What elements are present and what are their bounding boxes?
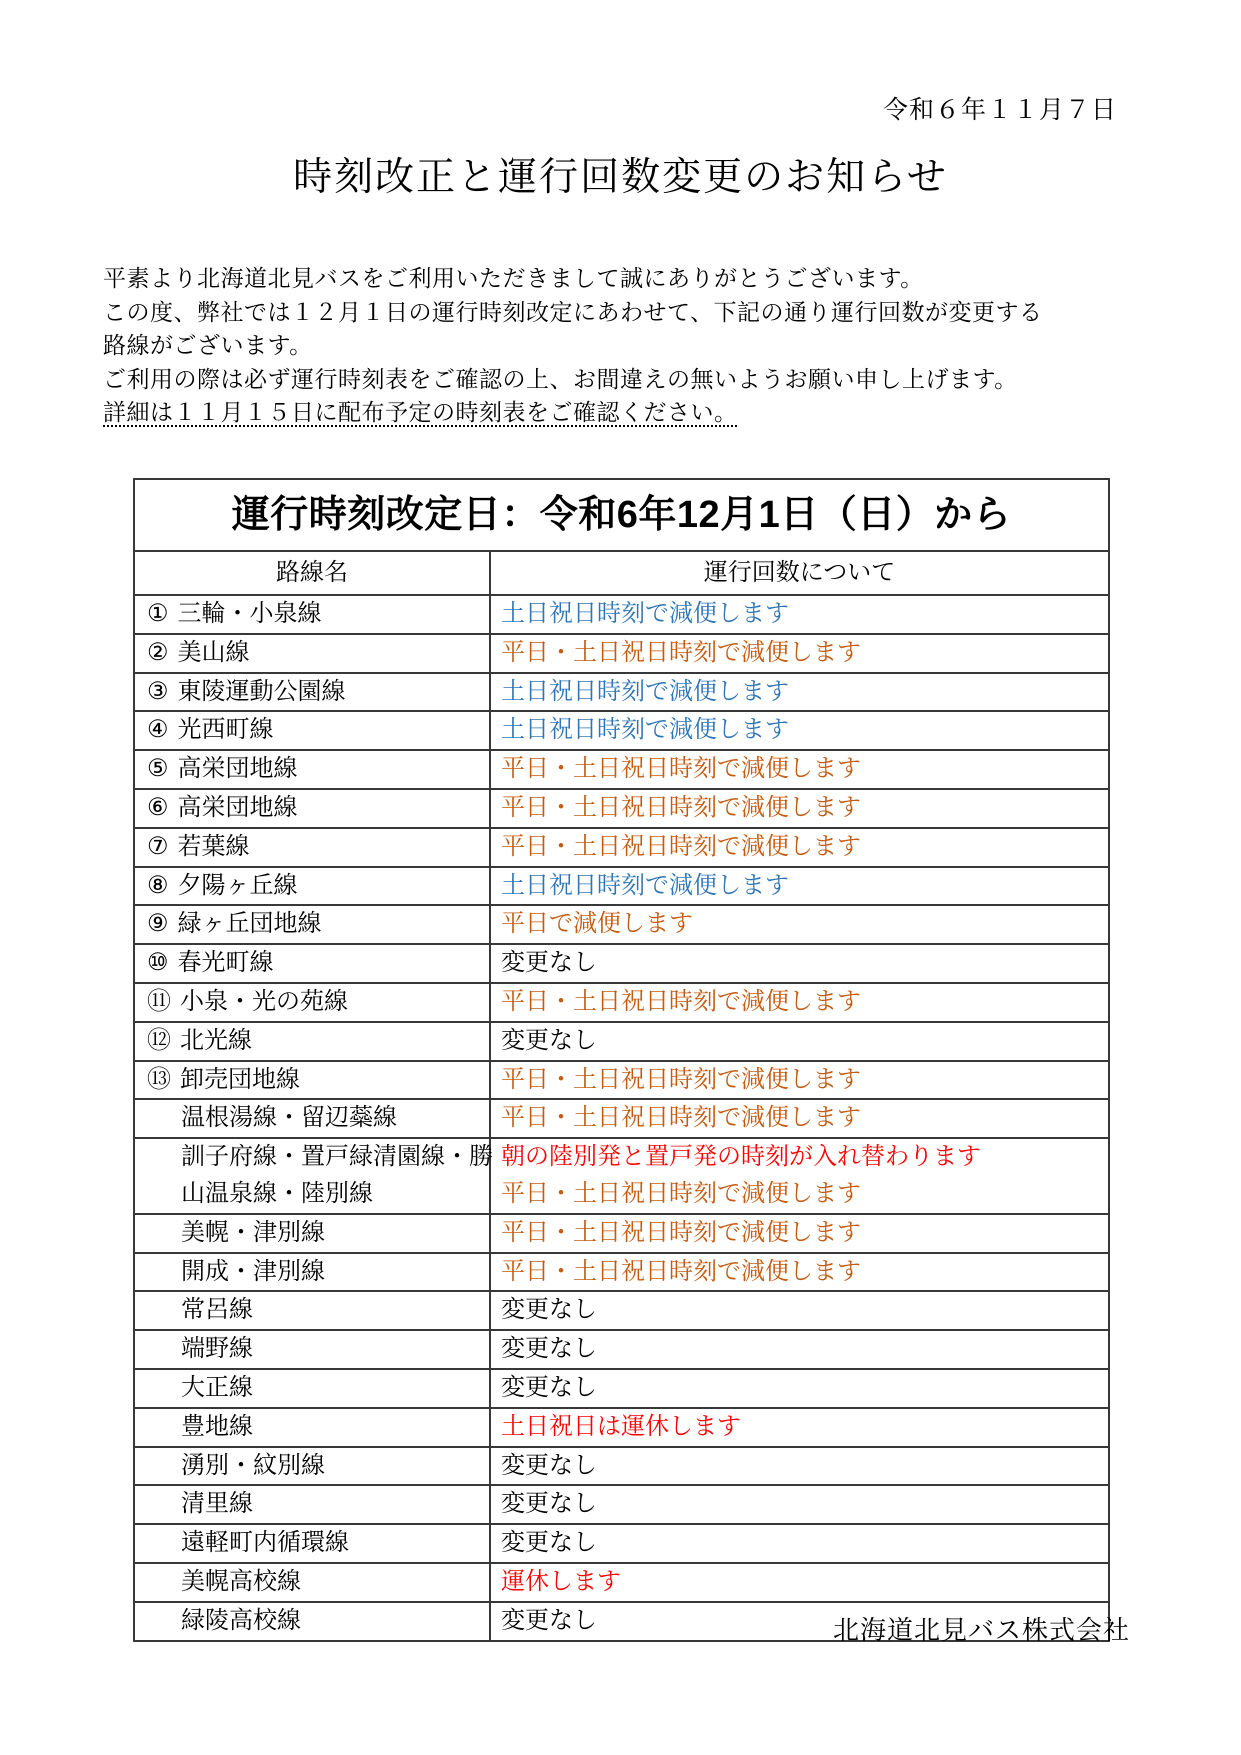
table-row: 清里線変更なし (135, 1486, 1108, 1525)
route-name-cell: 大正線 (135, 1370, 491, 1407)
route-change-line: 変更なし (501, 1525, 1108, 1562)
route-name-line: 美幌・津別線 (181, 1215, 489, 1252)
route-name-line: 大正線 (181, 1370, 489, 1407)
paragraph-line: 路線がございます。 (103, 329, 1018, 363)
page-title: 時刻改正と運行回数変更のお知らせ (0, 146, 1241, 202)
table-column-header: 路線名 運行回数について (135, 552, 1108, 596)
route-change-line: 変更なし (501, 1023, 1108, 1060)
route-name-cell: 常呂線 (135, 1292, 491, 1329)
route-name-cell: ⑧夕陽ヶ丘線 (135, 868, 491, 905)
route-name-line: ⑨緑ヶ丘団地線 (147, 906, 489, 943)
table-row: ⑤高栄団地線平日・土日祝日時刻で減便します (135, 751, 1108, 790)
route-change-cell: 土日祝日は運休します (491, 1409, 1108, 1446)
route-name-cell: ②美山線 (135, 635, 491, 672)
route-change-line: 平日・土日祝日時刻で減便します (501, 635, 1108, 672)
route-name-cell: ⑦若葉線 (135, 829, 491, 866)
route-name-cell: ④光西町線 (135, 712, 491, 749)
route-change-line: 朝の陸別発と置戸発の時刻が入れ替わります (501, 1139, 1108, 1176)
route-change-cell: 平日・土日祝日時刻で減便します (491, 1062, 1108, 1099)
table-row: 端野線変更なし (135, 1331, 1108, 1370)
table-row: ②美山線平日・土日祝日時刻で減便します (135, 635, 1108, 674)
route-change-line: 平日・土日祝日時刻で減便します (501, 790, 1108, 827)
route-change-line: 変更なし (501, 945, 1108, 982)
route-change-cell: 平日・土日祝日時刻で減便します (491, 751, 1108, 788)
route-name-cell: 開成・津別線 (135, 1254, 491, 1291)
route-name-line: ⑧夕陽ヶ丘線 (147, 868, 489, 905)
table-row: ③東陵運動公園線土日祝日時刻で減便します (135, 674, 1108, 713)
route-change-cell: 平日・土日祝日時刻で減便します (491, 635, 1108, 672)
route-name-cell: ⑫北光線 (135, 1023, 491, 1060)
route-change-cell: 変更なし (491, 1525, 1108, 1562)
route-name-cell: 豊地線 (135, 1409, 491, 1446)
route-change-cell: 土日祝日時刻で減便します (491, 712, 1108, 749)
table-row: ⑥高栄団地線平日・土日祝日時刻で減便します (135, 790, 1108, 829)
route-change-cell: 平日・土日祝日時刻で減便します (491, 829, 1108, 866)
route-name-line: ⑬卸売団地線 (147, 1062, 489, 1099)
route-name-cell: 温根湯線・留辺蘂線 (135, 1100, 491, 1137)
route-name-line: ⑫北光線 (147, 1023, 489, 1060)
document-page: 令和６年１１月７日 時刻改正と運行回数変更のお知らせ 平素より北海道北見バスをご… (0, 0, 1241, 1755)
paragraph-line: ご利用の際は必ず運行時刻表をご確認の上、お間違えの無いようお願い申し上げます。 (103, 363, 1018, 397)
route-name-cell: ⑥高栄団地線 (135, 790, 491, 827)
route-name-line: 湧別・紋別線 (181, 1448, 489, 1485)
route-name-line: 訓子府線・置戸緑清園線・勝 (181, 1139, 489, 1176)
route-number: ⑧ (147, 868, 169, 905)
route-name-line: ⑪小泉・光の苑線 (147, 984, 489, 1021)
route-number: ① (147, 596, 169, 633)
schedule-table: 運行時刻改定日：令和6年12月1日（日）から 路線名 運行回数について ①三輪・… (133, 478, 1110, 1642)
route-number: ② (147, 635, 169, 672)
route-number: ④ (147, 712, 169, 749)
route-change-cell: 変更なし (491, 1292, 1108, 1329)
route-name-cell: ⑩春光町線 (135, 945, 491, 982)
route-change-cell: 土日祝日時刻で減便します (491, 868, 1108, 905)
route-change-line: 土日祝日時刻で減便します (501, 712, 1108, 749)
route-change-line: 土日祝日時刻で減便します (501, 674, 1108, 711)
route-change-line: 土日祝日は運休します (501, 1409, 1108, 1446)
route-change-line: 変更なし (501, 1448, 1108, 1485)
table-rows: ①三輪・小泉線土日祝日時刻で減便します②美山線平日・土日祝日時刻で減便します③東… (135, 596, 1108, 1640)
route-change-line: 変更なし (501, 1486, 1108, 1523)
company-name: 北海道北見バス株式会社 (833, 1610, 1130, 1647)
column-header-frequency: 運行回数について (491, 552, 1108, 594)
route-change-cell: 変更なし (491, 1486, 1108, 1523)
route-change-line: 平日・土日祝日時刻で減便します (501, 1062, 1108, 1099)
table-row: 美幌高校線運休します (135, 1564, 1108, 1603)
route-name-cell: 湧別・紋別線 (135, 1448, 491, 1485)
table-row: 美幌・津別線平日・土日祝日時刻で減便します (135, 1215, 1108, 1254)
route-name-cell: ③東陵運動公園線 (135, 674, 491, 711)
route-change-cell: 変更なし (491, 1370, 1108, 1407)
route-name-cell: 遠軽町内循環線 (135, 1525, 491, 1562)
route-number: ⑪ (147, 984, 171, 1021)
route-name-cell: ⑬卸売団地線 (135, 1062, 491, 1099)
route-change-line: 平日・土日祝日時刻で減便します (501, 984, 1108, 1021)
table-row: 訓子府線・置戸緑清園線・勝山温泉線・陸別線朝の陸別発と置戸発の時刻が入れ替わりま… (135, 1139, 1108, 1215)
route-name-line: 山温泉線・陸別線 (181, 1176, 489, 1213)
route-name-line: ④光西町線 (147, 712, 489, 749)
route-name-cell: ⑨緑ヶ丘団地線 (135, 906, 491, 943)
route-number: ⑫ (147, 1023, 171, 1060)
route-change-cell: 平日・土日祝日時刻で減便します (491, 984, 1108, 1021)
route-name-line: 常呂線 (181, 1292, 489, 1329)
route-change-cell: 変更なし (491, 1331, 1108, 1368)
route-name-cell: ⑪小泉・光の苑線 (135, 984, 491, 1021)
route-change-line: 変更なし (501, 1331, 1108, 1368)
route-number: ③ (147, 674, 169, 711)
route-change-line: 平日・土日祝日時刻で減便します (501, 1254, 1108, 1291)
route-name-line: ③東陵運動公園線 (147, 674, 489, 711)
route-name-line: ⑥高栄団地線 (147, 790, 489, 827)
route-name-line: ②美山線 (147, 635, 489, 672)
route-name-line: 端野線 (181, 1331, 489, 1368)
route-name-line: ①三輪・小泉線 (147, 596, 489, 633)
table-row: ⑫北光線変更なし (135, 1023, 1108, 1062)
route-name-cell: ⑤高栄団地線 (135, 751, 491, 788)
route-number: ⑦ (147, 829, 169, 866)
route-name-line: 開成・津別線 (181, 1254, 489, 1291)
route-change-line: 運休します (501, 1564, 1108, 1601)
route-change-line: 土日祝日時刻で減便します (501, 868, 1108, 905)
route-name-line: 緑陵高校線 (181, 1603, 489, 1640)
route-name-cell: 清里線 (135, 1486, 491, 1523)
table-row: ⑪小泉・光の苑線平日・土日祝日時刻で減便します (135, 984, 1108, 1023)
route-number: ⑤ (147, 751, 169, 788)
route-name-line: 清里線 (181, 1486, 489, 1523)
table-row: 開成・津別線平日・土日祝日時刻で減便します (135, 1254, 1108, 1293)
route-name-cell: 美幌高校線 (135, 1564, 491, 1601)
route-number: ⑬ (147, 1062, 171, 1099)
table-row: 温根湯線・留辺蘂線平日・土日祝日時刻で減便します (135, 1100, 1108, 1139)
route-change-cell: 変更なし (491, 1448, 1108, 1485)
table-row: 遠軽町内循環線変更なし (135, 1525, 1108, 1564)
table-row: ⑧夕陽ヶ丘線土日祝日時刻で減便します (135, 868, 1108, 907)
route-change-line: 土日祝日時刻で減便します (501, 596, 1108, 633)
route-name-cell: 端野線 (135, 1331, 491, 1368)
paragraph-line: この度、弊社では１２月１日の運行時刻改定にあわせて、下記の通り運行回数が変更する (103, 296, 1018, 330)
route-change-cell: 変更なし (491, 945, 1108, 982)
table-row: ⑩春光町線変更なし (135, 945, 1108, 984)
route-name-line: 温根湯線・留辺蘂線 (181, 1100, 489, 1137)
table-row: ⑦若葉線平日・土日祝日時刻で減便します (135, 829, 1108, 868)
column-header-route-name: 路線名 (135, 552, 491, 594)
route-number: ⑥ (147, 790, 169, 827)
route-name-cell: 美幌・津別線 (135, 1215, 491, 1252)
route-name-cell: 緑陵高校線 (135, 1603, 491, 1640)
route-change-cell: 運休します (491, 1564, 1108, 1601)
route-change-cell: 平日・土日祝日時刻で減便します (491, 1254, 1108, 1291)
route-change-line: 平日・土日祝日時刻で減便します (501, 1100, 1108, 1137)
route-change-cell: 朝の陸別発と置戸発の時刻が入れ替わります平日・土日祝日時刻で減便します (491, 1139, 1108, 1213)
route-name-cell: ①三輪・小泉線 (135, 596, 491, 633)
underlined-note: 詳細は１１月１５日に配布予定の時刻表をご確認ください。 (103, 396, 738, 430)
table-row: 豊地線土日祝日は運休します (135, 1409, 1108, 1448)
route-name-line: 豊地線 (181, 1409, 489, 1446)
route-change-cell: 変更なし (491, 1023, 1108, 1060)
document-date: 令和６年１１月７日 (883, 90, 1117, 126)
route-change-cell: 平日・土日祝日時刻で減便します (491, 1215, 1108, 1252)
table-banner: 運行時刻改定日：令和6年12月1日（日）から (135, 480, 1108, 552)
route-name-line: 遠軽町内循環線 (181, 1525, 489, 1562)
table-row: ⑬卸売団地線平日・土日祝日時刻で減便します (135, 1062, 1108, 1101)
route-change-line: 平日で減便します (501, 906, 1108, 943)
route-name-cell: 訓子府線・置戸緑清園線・勝山温泉線・陸別線 (135, 1139, 491, 1213)
table-row: ⑨緑ヶ丘団地線平日で減便します (135, 906, 1108, 945)
table-row: 大正線変更なし (135, 1370, 1108, 1409)
intro-text: 平素より北海道北見バスをご利用いただきまして誠にありがとうございます。この度、弊… (103, 262, 1018, 430)
route-number: ⑩ (147, 945, 169, 982)
table-row: 常呂線変更なし (135, 1292, 1108, 1331)
route-change-line: 変更なし (501, 1292, 1108, 1329)
route-change-line: 変更なし (501, 1370, 1108, 1407)
route-change-line: 平日・土日祝日時刻で減便します (501, 829, 1108, 866)
paragraph-line: 平素より北海道北見バスをご利用いただきまして誠にありがとうございます。 (103, 262, 1018, 296)
route-change-cell: 土日祝日時刻で減便します (491, 596, 1108, 633)
route-change-line: 平日・土日祝日時刻で減便します (501, 1176, 1108, 1213)
route-name-line: ⑤高栄団地線 (147, 751, 489, 788)
route-name-line: 美幌高校線 (181, 1564, 489, 1601)
table-row: ①三輪・小泉線土日祝日時刻で減便します (135, 596, 1108, 635)
route-change-line: 平日・土日祝日時刻で減便します (501, 751, 1108, 788)
route-number: ⑨ (147, 906, 169, 943)
route-change-cell: 平日で減便します (491, 906, 1108, 943)
route-change-cell: 平日・土日祝日時刻で減便します (491, 1100, 1108, 1137)
table-row: ④光西町線土日祝日時刻で減便します (135, 712, 1108, 751)
table-row: 湧別・紋別線変更なし (135, 1448, 1108, 1487)
route-change-cell: 土日祝日時刻で減便します (491, 674, 1108, 711)
route-name-line: ⑦若葉線 (147, 829, 489, 866)
route-change-cell: 平日・土日祝日時刻で減便します (491, 790, 1108, 827)
route-name-line: ⑩春光町線 (147, 945, 489, 982)
route-change-line: 平日・土日祝日時刻で減便します (501, 1215, 1108, 1252)
